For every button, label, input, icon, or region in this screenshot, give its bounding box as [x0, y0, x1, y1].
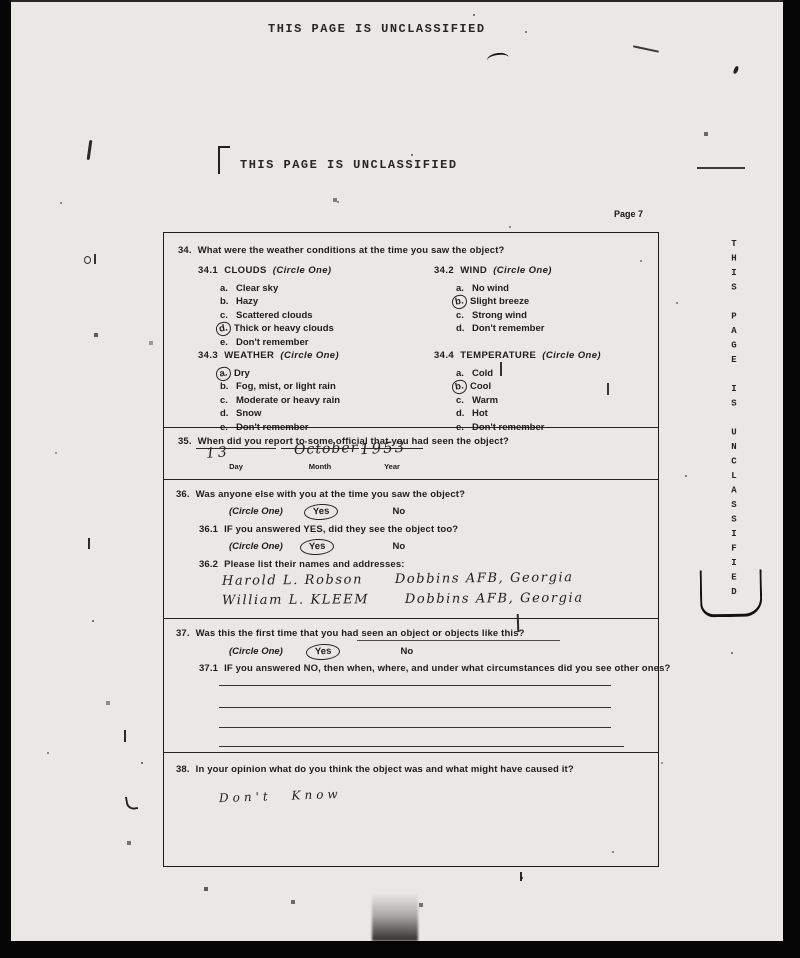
option-dont-remember[interactable]: e.Don't remember	[220, 336, 334, 349]
question-37-text: Was this the first time that you had see…	[196, 628, 525, 639]
handwritten-name-1[interactable]: Harold L. Robson Dobbins AFB, Georgia	[222, 570, 574, 589]
answer-line-4[interactable]	[219, 746, 624, 747]
option-letter: e.	[220, 336, 236, 349]
option-clear-sky[interactable]: a.Clear sky	[220, 282, 334, 295]
witness-name: Harold L. Robson	[222, 572, 363, 588]
witness-address: Dobbins AFB, Georgia	[395, 570, 574, 587]
question-37-number: 37.	[176, 628, 190, 639]
clouds-options: a.Clear sky b.Hazy c.Scattered clouds d.…	[220, 282, 334, 349]
option-label: Don't remember	[236, 337, 308, 348]
scan-artifact	[218, 146, 230, 174]
option-letter: b.	[220, 380, 236, 393]
option-cool-selected[interactable]: b.Cool	[456, 380, 544, 393]
question-36-2-number: 36.2	[199, 559, 218, 570]
yes-option-selected[interactable]: Yes	[303, 503, 338, 521]
option-label: Hot	[472, 408, 488, 419]
scan-artifact	[733, 66, 739, 75]
subsection-34-4-title: TEMPERATURE	[460, 350, 536, 361]
option-letter: d.	[456, 322, 472, 335]
subsection-34-3-title: WEATHER	[224, 350, 274, 361]
question-36-number: 36.	[176, 489, 190, 500]
option-letter: d.	[220, 407, 236, 420]
question-37-1-text: IF you answered NO, then when, where, an…	[224, 663, 670, 674]
classification-header-top: THIS PAGE IS UNCLASSIFIED	[268, 22, 486, 36]
year-underline[interactable]	[361, 448, 423, 449]
answer-line-3[interactable]	[219, 727, 611, 728]
question-37-yesno: (Circle One) Yes No	[229, 646, 413, 660]
option-hazy[interactable]: b.Hazy	[220, 295, 334, 308]
temperature-options: a.Cold b.Cool c.Warm d.Hot e.Don't remem…	[456, 367, 544, 434]
option-thick-heavy-clouds-selected[interactable]: d.Thick or heavy clouds	[220, 322, 334, 335]
option-label: Thick or heavy clouds	[234, 323, 334, 334]
option-label: Cold	[472, 368, 493, 379]
handwritten-opinion[interactable]: Don't Know	[219, 787, 342, 805]
option-slight-breeze-selected[interactable]: b.Slight breeze	[456, 295, 544, 308]
subsection-34-4-number: 34.4	[434, 350, 454, 361]
question-36-yesno: (Circle One) Yes No	[229, 506, 405, 520]
question-36: 36.Was anyone else with you at the time …	[176, 489, 465, 500]
subsection-34-4-header: 34.4 TEMPERATURE (Circle One)	[434, 350, 601, 361]
question-37-1: 37.1IF you answered NO, then when, where…	[199, 663, 670, 674]
day-label: Day	[196, 462, 276, 471]
circle-one-label: (Circle One)	[280, 350, 339, 361]
option-letter: a.	[456, 282, 472, 295]
option-label: Hazy	[236, 296, 258, 307]
option-letter: c.	[456, 394, 472, 407]
question-36-1-yesno: (Circle One) Yes No	[229, 541, 405, 555]
subsection-34-1-title: CLOUDS	[224, 265, 267, 276]
section-34: 34.What were the weather conditions at t…	[164, 233, 658, 428]
subsection-34-1-number: 34.1	[198, 265, 218, 276]
option-hot[interactable]: d.Hot	[456, 407, 544, 420]
option-dry-selected[interactable]: a.Dry	[220, 367, 340, 380]
scan-artifact	[84, 256, 91, 264]
month-label: Month	[281, 462, 359, 471]
circle-one-label: (Circle One)	[229, 506, 283, 517]
option-moderate-heavy-rain[interactable]: c.Moderate or heavy rain	[220, 394, 340, 407]
question-37-1-number: 37.1	[199, 663, 218, 674]
option-dont-remember[interactable]: d.Don't remember	[456, 322, 544, 335]
option-letter: a.	[456, 367, 472, 380]
witness-name: William L. KLEEM	[222, 592, 369, 608]
option-label: Fog, mist, or light rain	[236, 381, 336, 392]
scan-artifact	[357, 640, 560, 641]
question-35-number: 35.	[178, 436, 192, 447]
scan-edge-top	[0, 0, 800, 2]
no-option[interactable]: No	[393, 541, 406, 552]
question-34-number: 34.	[178, 245, 192, 256]
question-38-text: In your opinion what do you think the ob…	[196, 764, 574, 775]
option-no-wind[interactable]: a.No wind	[456, 282, 544, 295]
option-label: Snow	[236, 408, 261, 419]
scanned-page: THIS PAGE IS UNCLASSIFIED THIS PAGE IS U…	[0, 0, 800, 958]
question-36-text: Was anyone else with you at the time you…	[196, 489, 465, 500]
question-36-1-number: 36.1	[199, 524, 218, 535]
yes-option-selected[interactable]: Yes	[299, 538, 334, 556]
circle-one-label: (Circle One)	[273, 265, 332, 276]
question-36-1: 36.1IF you answered YES, did they see th…	[199, 524, 458, 535]
questionnaire-form: 34.What were the weather conditions at t…	[163, 232, 659, 867]
subsection-34-2-number: 34.2	[434, 265, 454, 276]
scan-artifact	[500, 362, 502, 376]
section-35: 35.When did you report to some official …	[164, 428, 658, 480]
option-label: Don't remember	[472, 323, 544, 334]
wind-options: a.No wind b.Slight breeze c.Strong wind …	[456, 282, 544, 336]
option-label: Strong wind	[472, 310, 527, 321]
month-underline[interactable]	[281, 448, 359, 449]
question-34: 34.What were the weather conditions at t…	[178, 245, 504, 256]
answer-line-2[interactable]	[219, 707, 611, 708]
question-36-1-text: IF you answered YES, did they see the ob…	[224, 524, 458, 535]
option-label: Clear sky	[236, 283, 278, 294]
scan-artifact	[697, 167, 745, 169]
witness-address: Dobbins AFB, Georgia	[405, 591, 584, 607]
option-scattered-clouds[interactable]: c.Scattered clouds	[220, 309, 334, 322]
paper-speckles	[0, 0, 2, 2]
scan-edge-right	[783, 0, 800, 958]
option-label: No wind	[472, 283, 509, 294]
page-number: Page 7	[614, 209, 643, 219]
option-fog-mist-light-rain[interactable]: b.Fog, mist, or light rain	[220, 380, 340, 393]
handwritten-month[interactable]: October	[294, 440, 359, 458]
classification-side-vertical: THIS PAGE IS UNCLASSIFIED	[729, 239, 739, 602]
option-label: Moderate or heavy rain	[236, 395, 340, 406]
scan-artifact	[486, 52, 509, 67]
option-label: Scattered clouds	[236, 310, 313, 321]
option-strong-wind[interactable]: c.Strong wind	[456, 309, 544, 322]
answer-line-1[interactable]	[219, 685, 611, 686]
option-label: Dry	[234, 368, 250, 379]
section-36: 36.Was anyone else with you at the time …	[164, 480, 658, 619]
question-37: 37.Was this the first time that you had …	[176, 628, 525, 639]
option-letter: b.	[220, 295, 236, 308]
question-36-2: 36.2Please list their names and addresse…	[199, 559, 405, 570]
handwritten-name-2[interactable]: William L. KLEEM Dobbins AFB, Georgia	[222, 591, 584, 609]
option-letter: c.	[220, 394, 236, 407]
option-label: Slight breeze	[470, 296, 529, 307]
question-34-text: What were the weather conditions at the …	[198, 245, 505, 256]
classification-header-mid: THIS PAGE IS UNCLASSIFIED	[240, 158, 458, 172]
weather-options: a.Dry b.Fog, mist, or light rain c.Moder…	[220, 367, 340, 434]
question-38-number: 38.	[176, 764, 190, 775]
no-option[interactable]: No	[393, 506, 406, 517]
option-letter: a.	[220, 282, 236, 295]
scan-artifact	[520, 872, 522, 881]
circle-one-label: (Circle One)	[493, 265, 552, 276]
yes-option-selected[interactable]: Yes	[305, 643, 340, 661]
scan-artifact	[125, 795, 138, 811]
option-letter: d.	[456, 407, 472, 420]
binder-mark	[700, 569, 763, 617]
scan-artifact	[94, 254, 96, 264]
question-38: 38.In your opinion what do you think the…	[176, 764, 574, 775]
scan-edge-left	[0, 0, 11, 958]
circle-one-label: (Circle One)	[229, 646, 283, 657]
year-label: Year	[361, 462, 423, 471]
subsection-34-2-title: WIND	[460, 265, 487, 276]
option-label: Warm	[472, 395, 498, 406]
circle-one-label: (Circle One)	[542, 350, 601, 361]
question-36-2-text: Please list their names and addresses:	[224, 559, 404, 570]
section-38: 38.In your opinion what do you think the…	[164, 753, 658, 866]
subsection-34-3-number: 34.3	[198, 350, 218, 361]
no-option[interactable]: No	[401, 646, 414, 657]
option-warm[interactable]: c.Warm	[456, 394, 544, 407]
scan-artifact	[607, 383, 609, 395]
option-letter: c.	[220, 309, 236, 322]
scan-artifact	[633, 45, 659, 52]
option-label: Cool	[470, 381, 491, 392]
scan-artifact	[124, 730, 126, 742]
subsection-34-2-header: 34.2 WIND (Circle One)	[434, 265, 552, 276]
option-snow[interactable]: d.Snow	[220, 407, 340, 420]
scan-edge-bottom	[0, 941, 800, 958]
scan-artifact	[88, 538, 90, 549]
scan-artifact	[87, 140, 93, 160]
day-underline[interactable]	[196, 448, 276, 449]
scan-artifact	[372, 893, 418, 941]
circle-one-label: (Circle One)	[229, 541, 283, 552]
handwritten-day[interactable]: 13	[205, 444, 230, 462]
option-letter: c.	[456, 309, 472, 322]
subsection-34-3-header: 34.3 WEATHER (Circle One)	[198, 350, 339, 361]
subsection-34-1-header: 34.1 CLOUDS (Circle One)	[198, 265, 331, 276]
